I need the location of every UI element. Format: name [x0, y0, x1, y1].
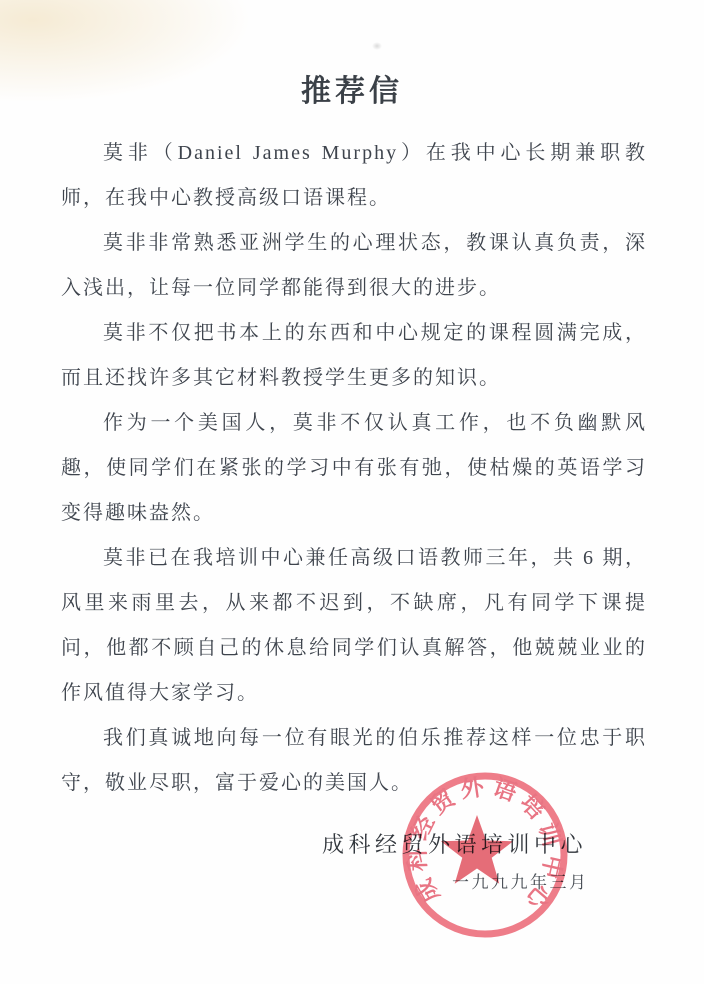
scan-speck [372, 42, 382, 50]
letter-paragraph: 我们真诚地向每一位有眼光的伯乐推荐这样一位忠于职守，敬业尽职，富于爱心的美国人。 [61, 716, 647, 806]
signature-org-name: 成科经贸外语培训中心 [322, 828, 587, 859]
letter-paragraph: 莫非非常熟悉亚洲学生的心理状态，教课认真负责，深入浅出，让每一位同学都能得到很大… [61, 221, 647, 311]
letter-paragraph: 莫非已在我培训中心兼任高级口语教师三年，共 6 期，风里来雨里去，从来都不迟到，… [61, 536, 647, 716]
letter-title: 推荐信 [0, 66, 704, 110]
signature-date: 一九九九年三月 [452, 868, 589, 893]
letter-body: 莫非（Daniel James Murphy）在我中心长期兼职教师，在我中心教授… [61, 131, 647, 806]
letter-paragraph: 作为一个美国人，莫非不仅认真工作，也不负幽默风趣，使同学们在紧张的学习中有张有弛… [61, 401, 647, 536]
letter-paragraph: 莫非（Daniel James Murphy）在我中心长期兼职教师，在我中心教授… [61, 131, 647, 221]
letter-paragraph: 莫非不仅把书本上的东西和中心规定的课程圆满完成，而且还找许多其它材料教授学生更多… [61, 311, 647, 401]
